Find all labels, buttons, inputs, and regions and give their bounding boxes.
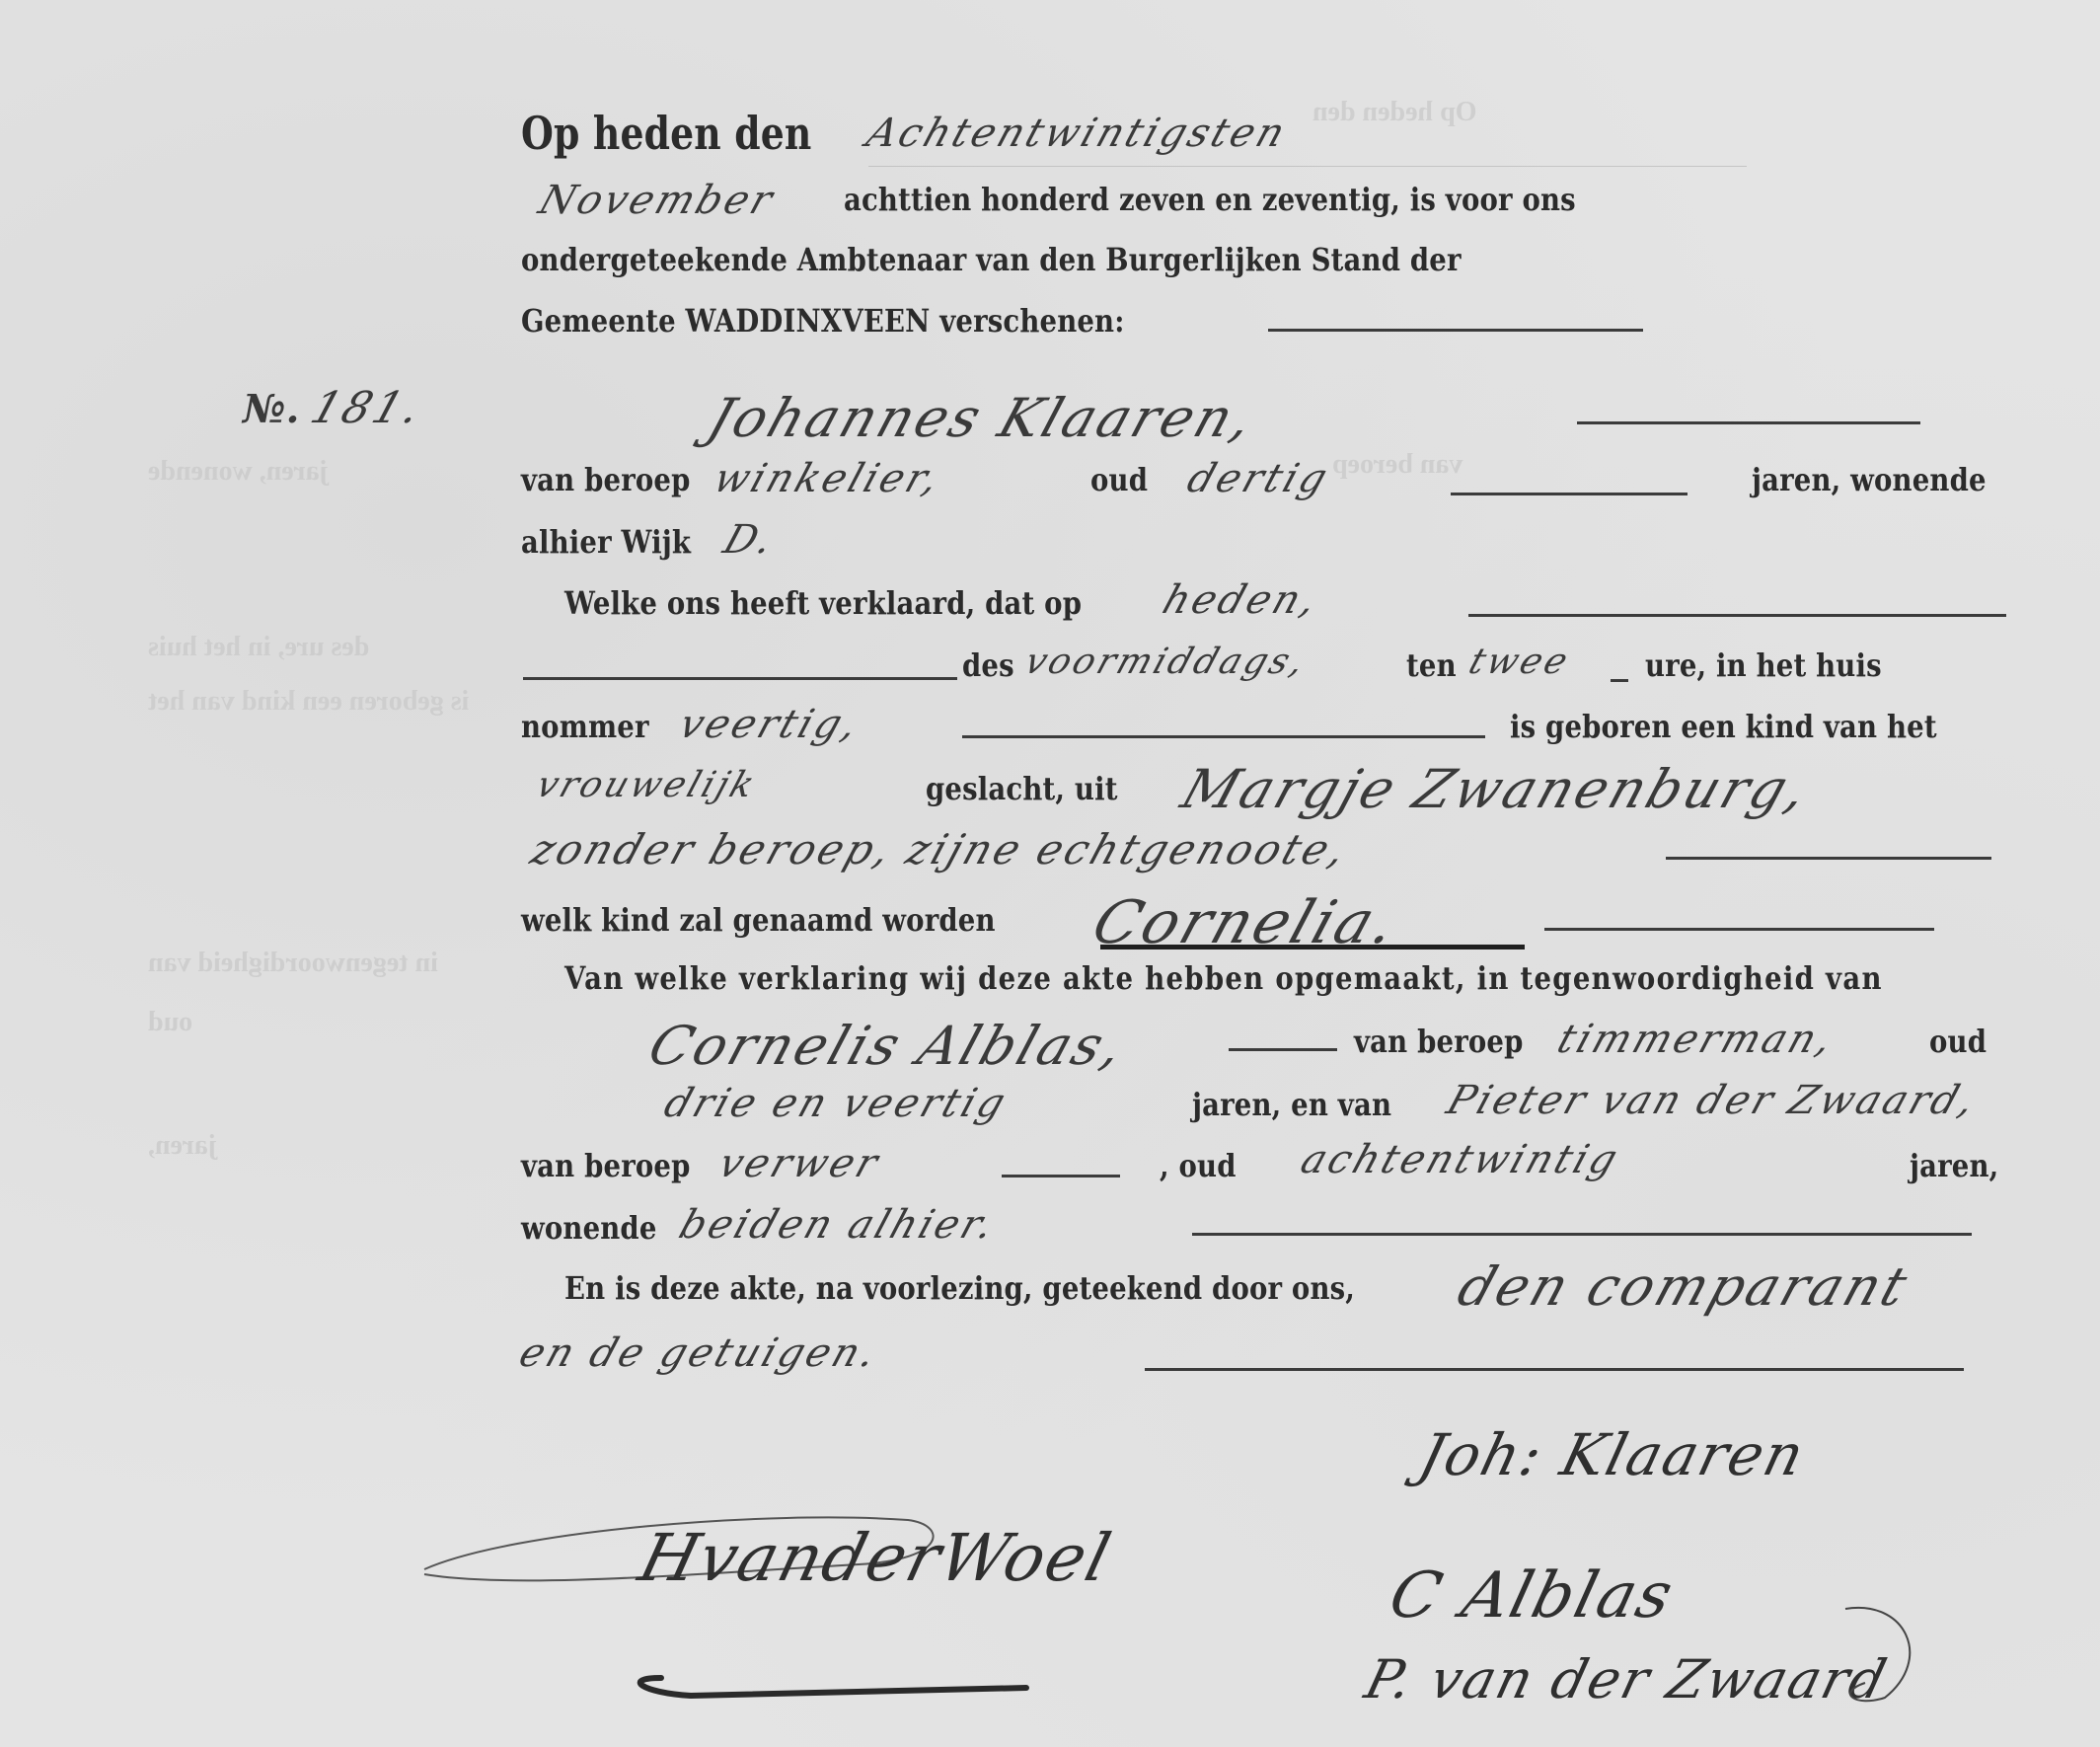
hand-house-number: veertig,	[674, 702, 866, 747]
blank-rule	[1451, 493, 1687, 495]
document-page: Op heden den van beroep jaren, wonende d…	[0, 0, 2100, 1747]
blank-rule	[962, 735, 1485, 738]
signature-declarant: Joh: Klaaren	[1413, 1421, 1813, 1488]
blank-rule	[1192, 1233, 1972, 1236]
print-geteekend-line: En is deze akte, na voorlezing, geteeken…	[564, 1269, 1355, 1307]
print-ten: ten	[1406, 646, 1457, 684]
blank-rule	[1229, 1048, 1337, 1051]
print-op-heden-den: Op heden den	[521, 107, 811, 160]
record-number-label: №.	[243, 386, 299, 432]
bleed-through-text: jaren, wonende	[148, 456, 329, 488]
hand-witness1-age: drie en veertig	[659, 1081, 1014, 1126]
hand-wijk: D.	[718, 517, 782, 563]
blank-rule	[1577, 421, 1920, 424]
hand-declarant-name: Johannes Klaaren,	[701, 387, 1264, 449]
print-oud: oud	[1090, 461, 1148, 498]
print-nommer: nommer	[521, 708, 649, 745]
print-gemeente-line: Gemeente WADDINXVEEN verschenen:	[521, 302, 1125, 340]
hand-voormiddags: voormiddags,	[1019, 642, 1312, 682]
bleed-through-text: van beroep	[1332, 449, 1463, 481]
hand-witness1-name: Cornelis Alblas,	[641, 1015, 1134, 1077]
print-des: des	[962, 646, 1014, 684]
record-number-value: 181.	[305, 383, 430, 433]
hand-heden: heden,	[1158, 577, 1325, 623]
hand-den-comparant: den comparant	[1451, 1255, 1917, 1318]
print-geslacht-uit: geslacht, uit	[926, 770, 1118, 807]
print-verklaring-line: Van welke verklaring wij deze akte hebbe…	[564, 959, 1883, 997]
blank-rule	[1544, 928, 1934, 931]
blank-rule	[1611, 679, 1628, 682]
hand-sex: vrouwelijk	[531, 765, 762, 805]
bleed-through-text: is geboren een kind van het	[148, 686, 469, 718]
bleed-through-text: Op heden den	[1312, 97, 1477, 128]
name-underline	[1100, 945, 1525, 949]
print-geboren: is geboren een kind van het	[1510, 708, 1937, 745]
blank-rule	[1145, 1368, 1964, 1371]
hand-witness2-occupation: verwer	[713, 1141, 886, 1186]
hand-hour: twee	[1463, 642, 1575, 682]
print-van-beroep-3: van beroep	[521, 1147, 690, 1184]
hand-getuigen: en de getuigen.	[514, 1330, 885, 1376]
bleed-through-text: des ure, in het huis	[148, 632, 369, 663]
print-ambtenaar-line: ondergeteekende Ambtenaar van den Burger…	[521, 241, 1462, 278]
hand-date-day: Achtentwintigsten	[862, 111, 1294, 156]
hand-date-month: November	[534, 178, 782, 223]
print-ure-huis: ure, in het huis	[1645, 646, 1882, 684]
hand-witness2-age: achtentwintig	[1296, 1137, 1626, 1182]
witness2-flourish	[1826, 1599, 1944, 1708]
signature-registrar: HvanderWoel	[632, 1520, 1119, 1596]
print-jaren-wonende: jaren, wonende	[1752, 461, 1987, 498]
print-wonende: wonende	[521, 1209, 657, 1247]
record-number: №. 181.	[243, 383, 421, 433]
print-genaamd-worden: welk kind zal genaamd worden	[521, 901, 996, 939]
print-jaren-2: jaren,	[1910, 1147, 1998, 1184]
print-van-beroep: van beroep	[521, 461, 690, 498]
bleed-through-text: oud	[148, 1007, 192, 1038]
hand-witness2-name: Pieter van der Zwaard,	[1442, 1078, 1984, 1123]
signature-witness1: C Alblas	[1383, 1559, 1682, 1633]
blank-rule	[1002, 1175, 1120, 1177]
print-verklaard: Welke ons heeft verklaard, dat op	[564, 584, 1082, 622]
blank-rule	[1666, 857, 1991, 860]
hand-age-declarant: dertig	[1182, 456, 1336, 501]
print-alhier-wijk: alhier Wijk	[521, 523, 691, 561]
print-van-beroep-2: van beroep	[1354, 1023, 1523, 1060]
hand-residence: beiden alhier.	[674, 1202, 1003, 1248]
fill-line	[868, 166, 1747, 167]
print-oud-2: oud	[1929, 1023, 1987, 1060]
hand-mother-occupation: zonder beroep, zijne echtgenoote,	[525, 825, 1355, 873]
bleed-through-text: jaren,	[148, 1130, 217, 1162]
blank-rule	[523, 677, 957, 680]
blank-rule	[1268, 329, 1643, 332]
print-year-line: achttien honderd zeven en zeventig, is v…	[844, 181, 1576, 218]
signature-witness2: P. van der Zwaard	[1359, 1648, 1894, 1710]
bleed-through-text: in tegenwoordigheid van	[148, 948, 438, 979]
hand-mother-name: Margje Zwanenburg,	[1174, 758, 1819, 820]
print-oud-3: , oud	[1160, 1147, 1237, 1184]
print-jaren-en-van: jaren, en van	[1192, 1086, 1391, 1123]
hand-occupation-declarant: winkelier,	[709, 456, 947, 501]
blank-rule	[1468, 614, 2006, 617]
hand-witness1-occupation: timmerman,	[1552, 1017, 1841, 1062]
